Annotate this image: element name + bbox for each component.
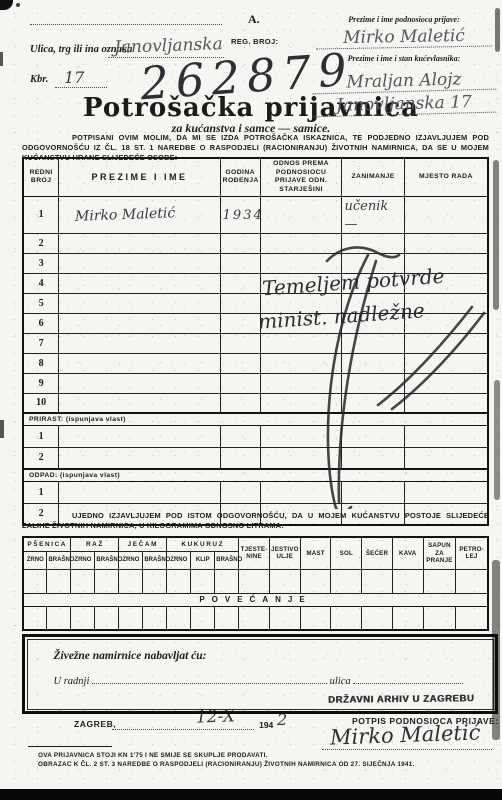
kucevlasnik-handwritten-value: Mraljan Alojz — [312, 69, 496, 95]
signature-handwritten: Mirko Maletić — [330, 720, 481, 749]
purchase-box-inner: Živežne namirnice nabavljat ću: U radnji… — [27, 639, 494, 710]
person-row: 2 — [23, 233, 488, 253]
kbr-handwritten-value: 17 — [64, 68, 84, 87]
purchase-line: U radnji ulica — [54, 676, 474, 687]
group-raz: RAŽ — [71, 537, 119, 551]
otpad-row: 1 — [23, 481, 488, 503]
kbr-blank-line — [55, 87, 107, 88]
declaration-paragraph: POTPISANI OVIM MOLIM, DA MI SE IZDA POTR… — [22, 133, 489, 163]
col-sapun: SAPUN ZA PRANJE — [423, 537, 456, 569]
col-header-redni-broj: REDNI BROJ — [23, 158, 59, 196]
person-row: 9 — [23, 373, 488, 393]
group-jecam: JEČAM — [119, 537, 167, 551]
fine-print-2: OBRAZAC K ČL. 2 ST. 3 NAREDBE O RASPODJE… — [38, 761, 415, 768]
supplies-declaration-paragraph: UJEDNO IZJAVLJUJEM POD ISTOM ODGOVORNOŠĆ… — [22, 511, 489, 531]
person-row: 8 — [23, 353, 488, 373]
supplies-empty-row — [23, 606, 488, 630]
radnja-blank-line — [92, 683, 327, 684]
kucevlasnik-handwritten-address: Janovljanska 17 — [312, 92, 496, 118]
person-row: 10 — [23, 393, 488, 413]
scan-artifact-edge — [492, 560, 500, 740]
col-header-prezime-ime: PREZIME I IME — [59, 158, 220, 196]
scan-artifact-edge — [493, 160, 499, 310]
persons-table: REDNI BROJ PREZIME I IME GODINA ROĐENJA … — [22, 157, 489, 526]
scan-artifact-edge — [0, 52, 3, 66]
signature-blank-line — [322, 749, 492, 750]
col-header-zanimanje: ZANIMANJE — [342, 158, 404, 196]
kbr-label: Kbr. — [30, 74, 48, 85]
scan-artifact-bottom-bar — [0, 789, 502, 800]
col-header-godina-rodjenja: GODINA ROĐENJA — [220, 158, 260, 196]
person-name-handwritten: Mirko Maletić — [75, 205, 176, 224]
footnote-separator — [28, 746, 112, 747]
date-blank-line — [112, 729, 254, 730]
archive-stamp: DRŽAVNI ARHIV U ZAGREBU — [327, 693, 473, 706]
col-petrolej: PETRO-LEJ — [456, 537, 488, 569]
col-jestivo-ulje: JESTIVO ULJE — [269, 537, 300, 569]
col-tjestenine: TJESTE-NINE — [239, 537, 270, 569]
reg-broj-label: REG. BROJ: — [231, 37, 278, 46]
prirast-band: PRIRAST: (ispunjava vlast) — [23, 413, 488, 425]
scan-artifact-dot — [16, 3, 20, 7]
u-radnji-label: U radnji — [54, 676, 90, 687]
scan-artifact-edge — [0, 420, 4, 438]
col-header-mjesto-rada: MJESTO RADA — [404, 158, 488, 196]
blank-line-top — [30, 24, 222, 25]
purchase-box: Živežne namirnice nabavljat ću: U radnji… — [22, 634, 498, 714]
col-kava: KAVA — [392, 537, 423, 569]
supplies-table: PŠENICA RAŽ JEČAM KUKURUZ TJESTE-NINE JE… — [22, 536, 489, 631]
person-row: 7 — [23, 333, 488, 353]
scan-artifact-edge — [494, 380, 500, 500]
col-secer: ŠEĆER — [362, 537, 393, 569]
fine-print-1: OVA PRIJAVNICA STOJI KN 1'75 I NE SMIJE … — [38, 752, 268, 759]
person-year-handwritten: 1934 — [223, 208, 260, 223]
group-psenica: PŠENICA — [23, 537, 71, 551]
col-mast: MAST — [300, 537, 331, 569]
col-sol: SOL — [331, 537, 362, 569]
person-row: 1 Mirko Maletić 1934 učenik — — [23, 196, 488, 233]
scan-artifact-corner — [0, 0, 13, 10]
col-header-odnos: ODNOS PREMA PODNOSIOCU PRIJAVE ODN. STAR… — [260, 158, 342, 196]
group-kukuruz: KUKURUZ — [167, 537, 239, 551]
supplies-empty-row — [23, 569, 488, 593]
prirast-row: 2 — [23, 447, 488, 469]
scanned-form-page: A. REG. BROJ: Prezime i ime podnosioca p… — [0, 0, 502, 800]
ulica-blank-line-2 — [353, 683, 463, 684]
person-occupation-handwritten: učenik — [344, 199, 388, 214]
purchase-title: Živežne namirnice nabavljat ću: — [54, 650, 207, 662]
section-letter: A. — [248, 12, 260, 27]
prirast-row: 1 — [23, 425, 488, 447]
scan-artifact-edge — [495, 8, 500, 52]
city-label: ZAGREB, — [74, 719, 116, 729]
header-right-column: Prezime i ime podnosioca prijave: Mirko … — [312, 9, 496, 115]
kucevlasnik-label: Prezime i ime i stan kućevlasnika: — [348, 54, 461, 63]
ulica-label-2: ulica — [330, 676, 351, 687]
year-printed: 194 — [259, 720, 273, 730]
otpad-band: ODPAD: (ispunjava vlast) — [23, 469, 488, 481]
podnosilac-label: Prezime i ime podnosioca prijave: — [348, 15, 460, 24]
povecanje-band: POVEĆANJE — [23, 593, 488, 606]
podnosilac-handwritten-value: Mirko Maletić — [316, 25, 492, 49]
